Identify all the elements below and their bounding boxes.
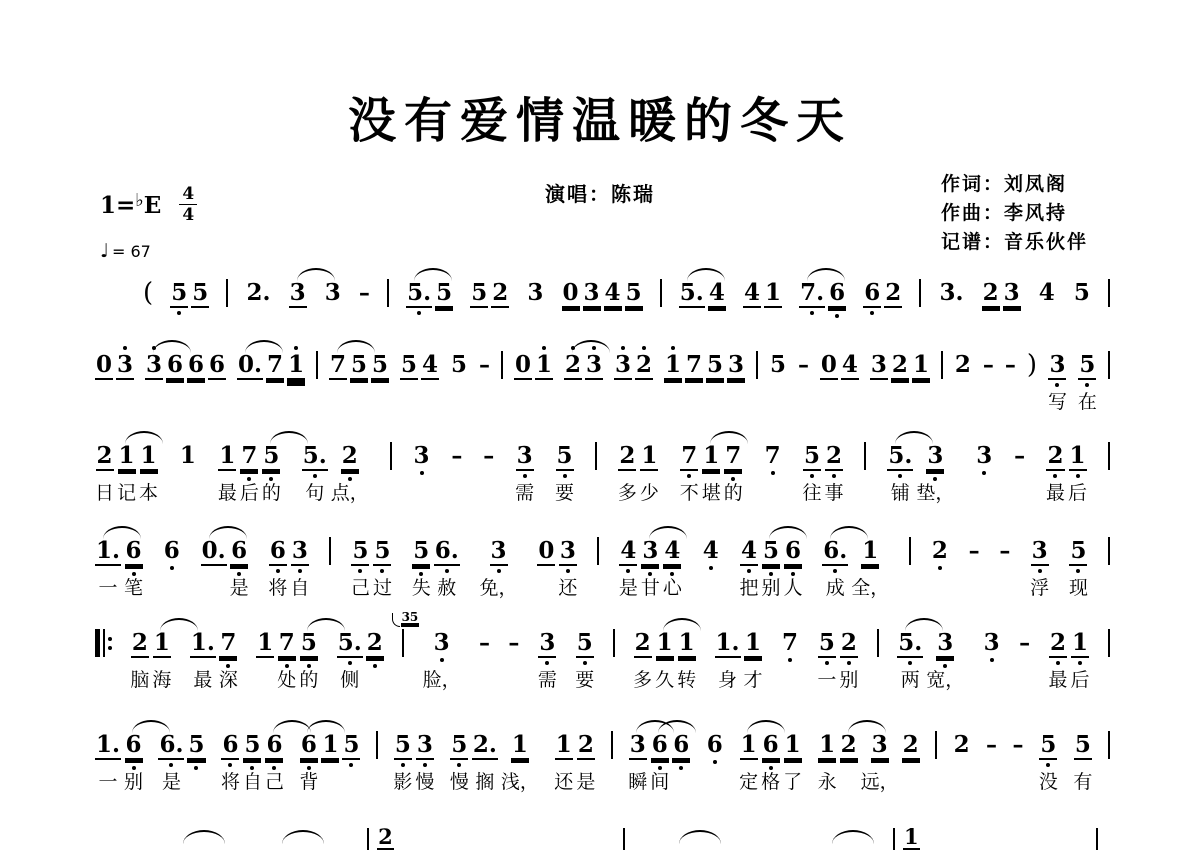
note-cluster bbox=[595, 443, 597, 470]
note-digit: 7 bbox=[278, 630, 296, 656]
lyric: 要 bbox=[575, 669, 594, 691]
lyric: 侧 bbox=[340, 669, 359, 691]
note-digit: 3 bbox=[871, 732, 889, 758]
note: 1堪 bbox=[702, 443, 721, 504]
note-cluster: 52 bbox=[470, 280, 509, 306]
dash-note: – bbox=[451, 443, 462, 469]
barline bbox=[1108, 731, 1110, 759]
note: 3 bbox=[145, 352, 163, 413]
note-cluster bbox=[1108, 352, 1110, 379]
barline bbox=[329, 537, 331, 565]
note-cluster bbox=[316, 352, 318, 379]
note-cluster: 5.4 bbox=[679, 280, 726, 306]
note: 5 bbox=[769, 352, 787, 413]
note-cluster: 5.铺3垫， bbox=[887, 443, 954, 504]
lyric: 远， bbox=[861, 771, 899, 793]
lyric: 没 bbox=[1039, 771, 1058, 793]
slur-arc bbox=[282, 830, 324, 844]
note: 1 bbox=[321, 732, 339, 793]
note: 2 bbox=[366, 630, 384, 691]
note-digit: 1 bbox=[664, 352, 682, 378]
octave-dot-below bbox=[497, 569, 501, 573]
note: 4 bbox=[841, 352, 859, 413]
note: 4 bbox=[702, 538, 720, 599]
note-digit: 4 bbox=[702, 538, 720, 564]
note: 4 bbox=[421, 352, 439, 413]
note-cluster: 23 bbox=[982, 280, 1021, 306]
lyric: 浅， bbox=[501, 771, 539, 793]
note-digit: 1 bbox=[321, 732, 339, 758]
dash-note: – bbox=[479, 630, 490, 656]
lyric: 成 bbox=[826, 577, 845, 599]
note: 1才 bbox=[744, 630, 763, 691]
note-cluster: 0.71 bbox=[237, 352, 305, 413]
note-cluster: 6.是5 bbox=[158, 732, 205, 793]
note-digit: 3 bbox=[614, 352, 632, 378]
note: 4 bbox=[604, 280, 622, 306]
note-digit: 5 bbox=[1069, 538, 1087, 564]
note-digit: 2 bbox=[1049, 630, 1067, 656]
octave-dot-below bbox=[419, 572, 423, 576]
barline bbox=[877, 629, 879, 657]
note-cluster: – bbox=[969, 538, 980, 564]
note-digit: 7 bbox=[781, 630, 799, 656]
note: 5己 bbox=[351, 538, 370, 599]
music-line: (552.33–5.552303455.4417.6623.2345 bbox=[143, 280, 1110, 307]
note-digit: 2 bbox=[840, 732, 858, 758]
octave-dot-below bbox=[1085, 383, 1089, 387]
note: 3远， bbox=[861, 732, 899, 793]
note-cluster: 6 bbox=[706, 732, 724, 793]
dash-note: – bbox=[999, 538, 1010, 564]
note-cluster: 2 bbox=[953, 732, 971, 793]
note: 1最 bbox=[218, 443, 237, 504]
lyric: 别 bbox=[839, 669, 858, 691]
note-cluster: – bbox=[1012, 732, 1023, 758]
barline bbox=[864, 442, 866, 470]
octave-dot-below bbox=[420, 471, 424, 475]
note-digit: 7 bbox=[724, 443, 742, 469]
dash-note: – bbox=[1005, 352, 1016, 378]
note-cluster: 1.最7深 bbox=[190, 630, 238, 691]
note-digit: 5 bbox=[450, 732, 468, 758]
note: 1少 bbox=[640, 443, 659, 504]
note-cluster: ( bbox=[143, 280, 153, 306]
note: 3需 bbox=[538, 630, 557, 691]
note-cluster: 03还 bbox=[537, 538, 577, 599]
note: 2 bbox=[840, 732, 858, 793]
music-line: 2脑1海1.最7深17处5的5.侧2353脸，––3需5要2多1久1转1.身1才… bbox=[95, 630, 1110, 691]
note-digit: 3 bbox=[1048, 352, 1066, 378]
note-digit: 4 bbox=[708, 280, 726, 306]
note: 7深 bbox=[219, 630, 238, 691]
slur-arc bbox=[832, 830, 874, 844]
lyric: 才 bbox=[744, 669, 763, 691]
note: 6别 bbox=[124, 732, 143, 793]
note: 1 bbox=[535, 352, 553, 413]
octave-dot-below bbox=[349, 763, 353, 767]
barline bbox=[226, 279, 228, 307]
octave-dot-below bbox=[523, 474, 527, 478]
octave-dot-below bbox=[307, 766, 311, 770]
lyric: 久 bbox=[655, 669, 674, 691]
note: 2是 bbox=[576, 732, 595, 793]
note: 5 bbox=[400, 352, 418, 413]
octave-dot-below bbox=[307, 664, 311, 668]
note-digit: 2 bbox=[618, 443, 636, 469]
octave-dot-below bbox=[687, 474, 691, 478]
note: 6是 bbox=[230, 538, 249, 599]
note-digit: 2 bbox=[341, 443, 359, 469]
note-digit: 5 bbox=[818, 630, 836, 656]
note: 4是 bbox=[619, 538, 638, 599]
note-digit: 2 bbox=[131, 630, 149, 656]
note: 1久 bbox=[655, 630, 674, 691]
note: 1 bbox=[256, 630, 274, 691]
note-cluster: 2最1后 bbox=[1048, 630, 1089, 691]
note-cluster: 4是3甘4心 bbox=[619, 538, 682, 599]
note-cluster bbox=[864, 443, 866, 470]
dash-note: – bbox=[1012, 732, 1023, 758]
barline bbox=[402, 629, 404, 657]
note-digit: 1 bbox=[678, 630, 696, 656]
key-prefix: 1= bbox=[100, 192, 135, 219]
note: 3 bbox=[1003, 280, 1021, 306]
lyric: 转 bbox=[677, 669, 696, 691]
note-digit: 5 bbox=[170, 280, 188, 306]
note: 1.最 bbox=[190, 630, 216, 691]
lyric: 处 bbox=[277, 669, 296, 691]
note-cluster bbox=[877, 630, 879, 657]
note-cluster: ) bbox=[1027, 352, 1037, 378]
note-cluster: 5影3慢 bbox=[393, 732, 434, 793]
note: 1 bbox=[664, 352, 682, 413]
note: 1后 bbox=[1068, 443, 1087, 504]
note-cluster: 2. bbox=[246, 280, 272, 306]
note: 4 bbox=[1038, 280, 1056, 306]
octave-dot-below bbox=[788, 658, 792, 662]
note: 7 bbox=[764, 443, 782, 504]
note-digit: 5 bbox=[435, 280, 453, 306]
note: 3慢 bbox=[415, 732, 434, 793]
note: 6将 bbox=[268, 538, 287, 599]
lyric: 格 bbox=[761, 771, 780, 793]
note-digit: 5 bbox=[1039, 732, 1057, 758]
note-digit: 0 bbox=[820, 352, 838, 378]
note-cluster: 353脸， bbox=[423, 630, 461, 691]
note-cluster: 1定6格1了 bbox=[739, 732, 802, 793]
note: 3 bbox=[583, 280, 601, 306]
note-digit: 7 bbox=[685, 352, 703, 378]
octave-dot-above bbox=[152, 346, 156, 350]
note: 7 bbox=[266, 352, 284, 413]
note: 6背 bbox=[299, 732, 318, 793]
note-digit: 2 bbox=[982, 280, 1000, 306]
lyric: 现 bbox=[1069, 577, 1088, 599]
octave-dot-below bbox=[132, 572, 136, 576]
lyric: 写 bbox=[1048, 391, 1067, 413]
note: 1后 bbox=[1071, 630, 1090, 691]
lyric: 日 bbox=[95, 482, 114, 504]
note-cluster: 7 bbox=[764, 443, 782, 504]
note: 5 bbox=[191, 280, 209, 306]
lyric: 多 bbox=[633, 669, 652, 691]
note-digit: 1 bbox=[818, 732, 836, 758]
barline bbox=[316, 351, 318, 379]
note: 1 bbox=[287, 352, 305, 413]
note: 3 bbox=[526, 280, 544, 306]
note-cluster: 3 bbox=[324, 280, 342, 306]
note-cluster: 6将5自6己 bbox=[221, 732, 284, 793]
note-digit: 1 bbox=[656, 630, 674, 656]
note-digit: 3 bbox=[116, 352, 134, 378]
note-cluster: 3 bbox=[983, 630, 1001, 691]
note: 6 bbox=[163, 538, 181, 599]
octave-dot-below bbox=[908, 661, 912, 665]
octave-dot-below bbox=[269, 477, 273, 481]
note-cluster: 17处5的 bbox=[256, 630, 318, 691]
lyric: 最 bbox=[1048, 669, 1067, 691]
note-digit: 6 bbox=[125, 538, 143, 564]
lyric: 人 bbox=[784, 577, 803, 599]
octave-dot-below bbox=[938, 566, 942, 570]
repeat-sign-begin bbox=[95, 629, 112, 657]
note-digit: 5 bbox=[625, 280, 643, 306]
music-line: 0336660.71755545–01233217535–043212––)3写… bbox=[95, 352, 1110, 413]
barline bbox=[893, 828, 895, 850]
note-digit: 2 bbox=[491, 280, 509, 306]
dash-note: – bbox=[483, 443, 494, 469]
note-digit: 5 bbox=[187, 732, 205, 758]
note-digit: 2 bbox=[825, 443, 843, 469]
note-cluster: 2日1记1本 bbox=[95, 443, 158, 504]
note-digit: 3 bbox=[526, 280, 544, 306]
note-digit: 3 bbox=[629, 732, 647, 758]
lyric: 是 bbox=[162, 771, 181, 793]
note-cluster: 01 bbox=[514, 352, 553, 413]
note: 2最 bbox=[1048, 630, 1067, 691]
note-digit: 5 bbox=[1073, 280, 1091, 306]
note-digit: 5 bbox=[803, 443, 821, 469]
lyric: 本 bbox=[139, 482, 158, 504]
note: 5 bbox=[625, 280, 643, 306]
lyric: 在 bbox=[1078, 391, 1097, 413]
octave-dot-below bbox=[170, 566, 174, 570]
note-digit: 5 bbox=[576, 630, 594, 656]
note: 2日 bbox=[95, 443, 114, 504]
note-digit: 1 bbox=[140, 443, 158, 469]
note-digit: 2 bbox=[635, 352, 653, 378]
octave-dot-above bbox=[571, 346, 575, 350]
note-digit: 5. bbox=[897, 630, 923, 656]
note: 6将 bbox=[221, 732, 240, 793]
note-digit: 3 bbox=[975, 443, 993, 469]
note-digit: 3 bbox=[1003, 280, 1021, 306]
note-digit: 3 bbox=[416, 732, 434, 758]
note: 2 bbox=[954, 352, 972, 413]
note-digit: 3 bbox=[583, 280, 601, 306]
music-line: 1.一6笔60.6是6将3自5己5过5失6.赦3免，03还4是3甘4心44把5别… bbox=[95, 538, 1110, 599]
note: 3 bbox=[983, 630, 1001, 691]
note-digit: 6 bbox=[269, 538, 287, 564]
note-digit: 1 bbox=[256, 630, 274, 656]
note-cluster: 2最1后 bbox=[1046, 443, 1087, 504]
lyric: 把 bbox=[739, 577, 758, 599]
octave-dot-above bbox=[123, 346, 127, 350]
lyric: 有 bbox=[1073, 771, 1092, 793]
note-cluster: 5.句2点， bbox=[302, 443, 369, 504]
note-cluster: 3 bbox=[975, 443, 993, 504]
note-digit: 6 bbox=[300, 732, 318, 758]
note: 5影 bbox=[393, 732, 412, 793]
note: 1浅， bbox=[501, 732, 539, 793]
note-digit: 3 bbox=[289, 280, 307, 306]
note-digit: 2 bbox=[891, 352, 909, 378]
note-digit: 6 bbox=[672, 732, 690, 758]
lyric: 最 bbox=[218, 482, 237, 504]
note: 7 bbox=[781, 630, 799, 691]
barline bbox=[367, 828, 369, 850]
note: 5 bbox=[170, 280, 188, 306]
note: 3 bbox=[727, 352, 745, 413]
note-cluster bbox=[501, 352, 503, 379]
octave-dot-below bbox=[401, 763, 405, 767]
note-cluster bbox=[1108, 538, 1110, 565]
note: 3浮 bbox=[1030, 538, 1049, 599]
note-cluster: 1753 bbox=[664, 352, 745, 413]
lyric: 后 bbox=[240, 482, 259, 504]
lyric: 最 bbox=[193, 669, 212, 691]
note-digit: 3 bbox=[433, 630, 451, 656]
octave-dot-below bbox=[679, 766, 683, 770]
octave-dot-below bbox=[358, 569, 362, 573]
octave-dot-below bbox=[1055, 383, 1059, 387]
lyric: 一 bbox=[817, 669, 836, 691]
note: 3瞬 bbox=[628, 732, 647, 793]
note: 5现 bbox=[1069, 538, 1088, 599]
lyric: 多 bbox=[618, 482, 637, 504]
dash-note: – bbox=[1014, 443, 1025, 469]
note-cluster: – bbox=[508, 630, 519, 656]
note-cluster: 3浮 bbox=[1030, 538, 1049, 599]
barline bbox=[935, 731, 937, 759]
note-cluster: 5在 bbox=[1078, 352, 1097, 413]
note-cluster bbox=[390, 443, 392, 470]
barline bbox=[623, 828, 625, 850]
note: 5 bbox=[187, 732, 205, 793]
note: 353脸， bbox=[423, 630, 461, 691]
octave-dot-below bbox=[1053, 474, 1057, 478]
note-cluster: 1永23远，2 bbox=[818, 732, 920, 793]
note-digit: 3 bbox=[413, 443, 431, 469]
note: 7 bbox=[329, 352, 347, 413]
barline bbox=[1108, 629, 1110, 657]
note-digit: 5 bbox=[371, 352, 389, 378]
octave-dot-below bbox=[810, 311, 814, 315]
lyric: 是 bbox=[230, 577, 249, 599]
octave-dot-below bbox=[1076, 569, 1080, 573]
note-digit: 5 bbox=[350, 352, 368, 378]
note-cluster bbox=[1108, 732, 1110, 759]
note-digit: 7 bbox=[240, 443, 258, 469]
lyric: 需 bbox=[538, 669, 557, 691]
note-cluster: – bbox=[479, 352, 490, 378]
lyric: 间 bbox=[650, 771, 669, 793]
note: 2 bbox=[931, 538, 949, 599]
note: 1了 bbox=[783, 732, 802, 793]
octave-dot-below bbox=[373, 664, 377, 668]
lyric: 一 bbox=[99, 771, 118, 793]
lyric: 定 bbox=[739, 771, 758, 793]
note-cluster: 5一2别 bbox=[817, 630, 858, 691]
lyric: 是 bbox=[576, 771, 595, 793]
note-digit: 1 bbox=[535, 352, 553, 378]
octave-dot-below bbox=[870, 311, 874, 315]
note: 6 bbox=[672, 732, 690, 793]
note-cluster bbox=[329, 538, 331, 565]
note-cluster: 6背15 bbox=[299, 732, 360, 793]
music-line: 21 bbox=[95, 824, 1110, 850]
note: 5要 bbox=[555, 443, 574, 504]
note: 6己 bbox=[265, 732, 284, 793]
note: 3还 bbox=[558, 538, 577, 599]
note-cluster: 2多1少 bbox=[618, 443, 659, 504]
note-digit: 4 bbox=[619, 538, 637, 564]
barline bbox=[611, 731, 613, 759]
lyric: 少 bbox=[640, 482, 659, 504]
note: 5 bbox=[706, 352, 724, 413]
octave-dot-below bbox=[177, 311, 181, 315]
note-cluster: 41 bbox=[743, 280, 782, 306]
note-digit: 6. bbox=[434, 538, 460, 564]
note-cluster: – bbox=[451, 443, 462, 469]
note-digit: 3 bbox=[641, 538, 659, 564]
note-cluster: 3666 bbox=[145, 352, 226, 413]
octave-dot-below bbox=[648, 572, 652, 576]
note-digit: 1 bbox=[555, 732, 573, 758]
note-cluster: 2 bbox=[931, 538, 949, 599]
note-cluster: 5慢2.搁1浅， bbox=[450, 732, 539, 793]
lyric: 还 bbox=[554, 771, 573, 793]
note-digit: 5 bbox=[470, 280, 488, 306]
note: 0. bbox=[237, 352, 263, 413]
note: 2 bbox=[953, 732, 971, 793]
lyric: 搁 bbox=[475, 771, 494, 793]
note: 1海 bbox=[152, 630, 171, 691]
lyric: 己 bbox=[351, 577, 370, 599]
octave-dot-below bbox=[626, 569, 630, 573]
note: 6 bbox=[706, 732, 724, 793]
octave-dot-below bbox=[423, 763, 427, 767]
note-cluster bbox=[387, 280, 389, 307]
note: 5 bbox=[342, 732, 360, 793]
note: 0 bbox=[537, 538, 555, 599]
time-signature-denominator: 4 bbox=[182, 205, 194, 224]
note-digit: 3 bbox=[291, 538, 309, 564]
note: 2事 bbox=[825, 443, 844, 504]
note-digit: 5 bbox=[191, 280, 209, 306]
note: 2别 bbox=[839, 630, 858, 691]
note-cluster: 5现 bbox=[1069, 538, 1088, 599]
note-cluster: 1最7后5的 bbox=[218, 443, 281, 504]
note-cluster: 5有 bbox=[1073, 732, 1092, 793]
note: 0 bbox=[562, 280, 580, 306]
octave-dot-above bbox=[592, 346, 596, 350]
lyric: 事 bbox=[825, 482, 844, 504]
note: 2 bbox=[891, 352, 909, 413]
note-cluster: 4 bbox=[702, 538, 720, 599]
note-digit: 2 bbox=[902, 732, 920, 758]
